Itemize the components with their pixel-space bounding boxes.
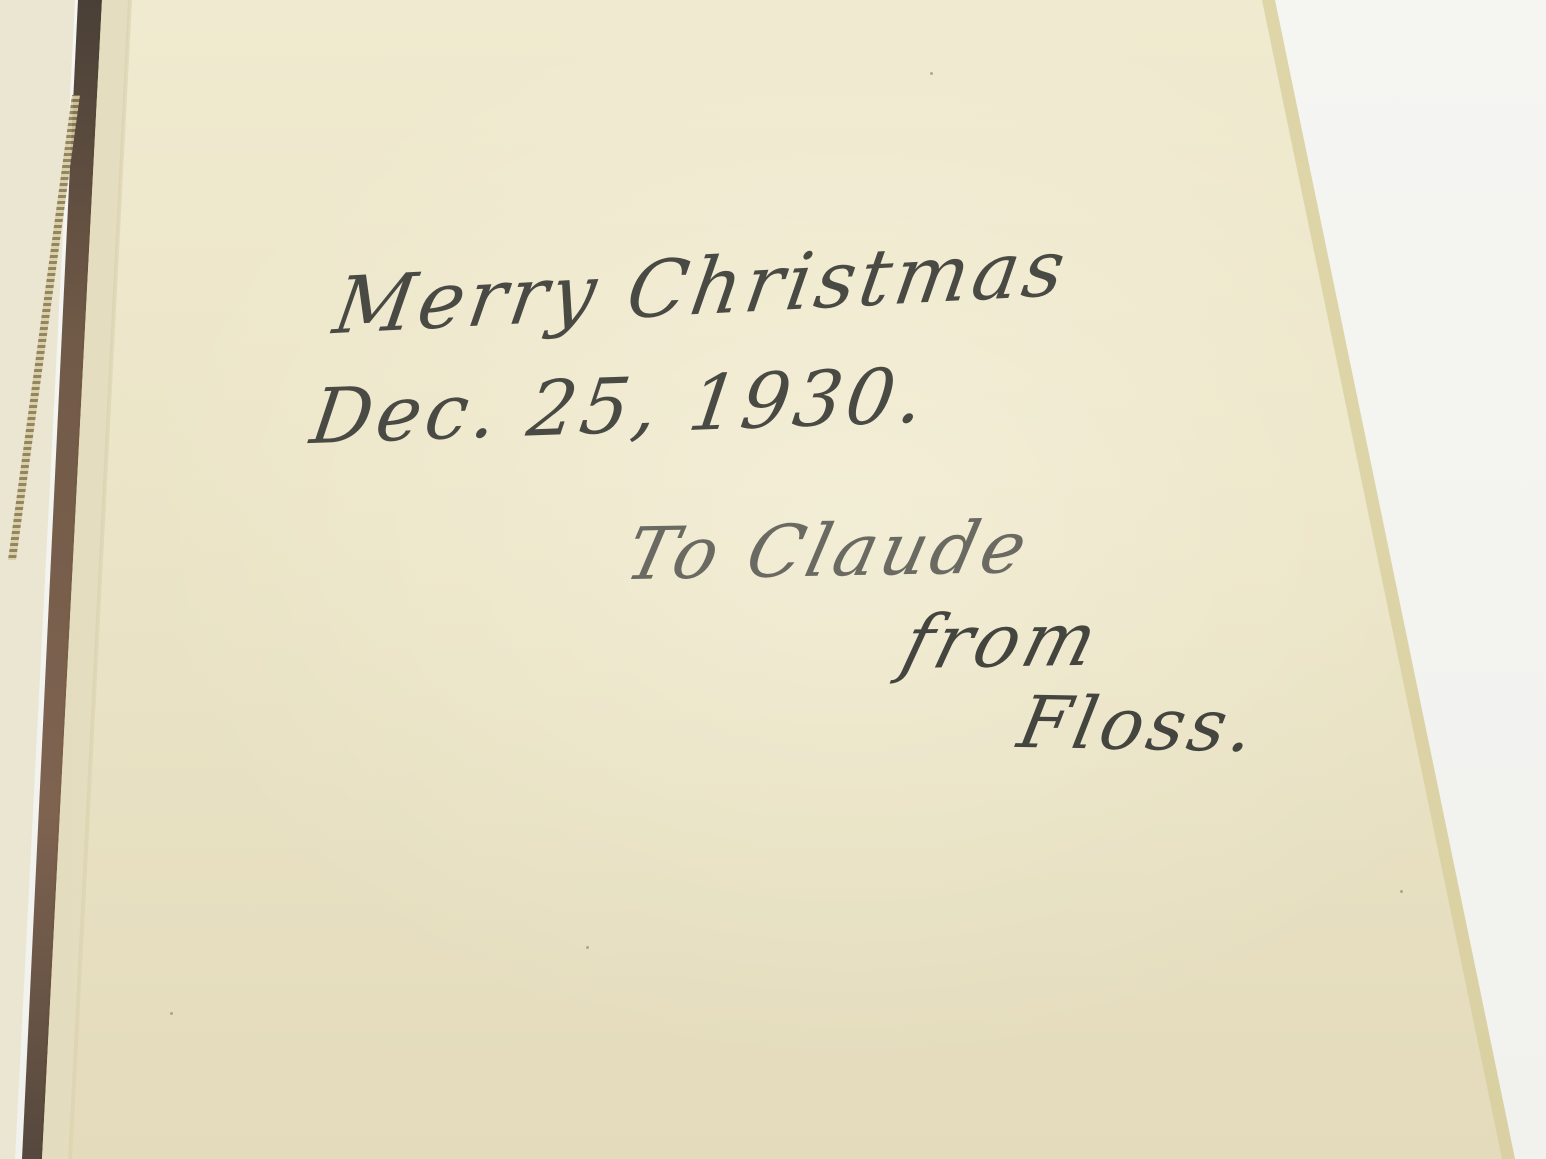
inscription-from: from <box>893 596 1110 686</box>
inscription-date: Dec. 25, 1930. <box>306 350 934 461</box>
handwritten-inscription: Merry Christmas Dec. 25, 1930. To Claude… <box>0 0 1546 1159</box>
inscription-greeting: Merry Christmas <box>328 223 1075 352</box>
inscription-signature: Floss. <box>1012 680 1265 768</box>
inscription-recipient: To Claude <box>618 505 1038 596</box>
photo-scene: Merry Christmas Dec. 25, 1930. To Claude… <box>0 0 1546 1159</box>
